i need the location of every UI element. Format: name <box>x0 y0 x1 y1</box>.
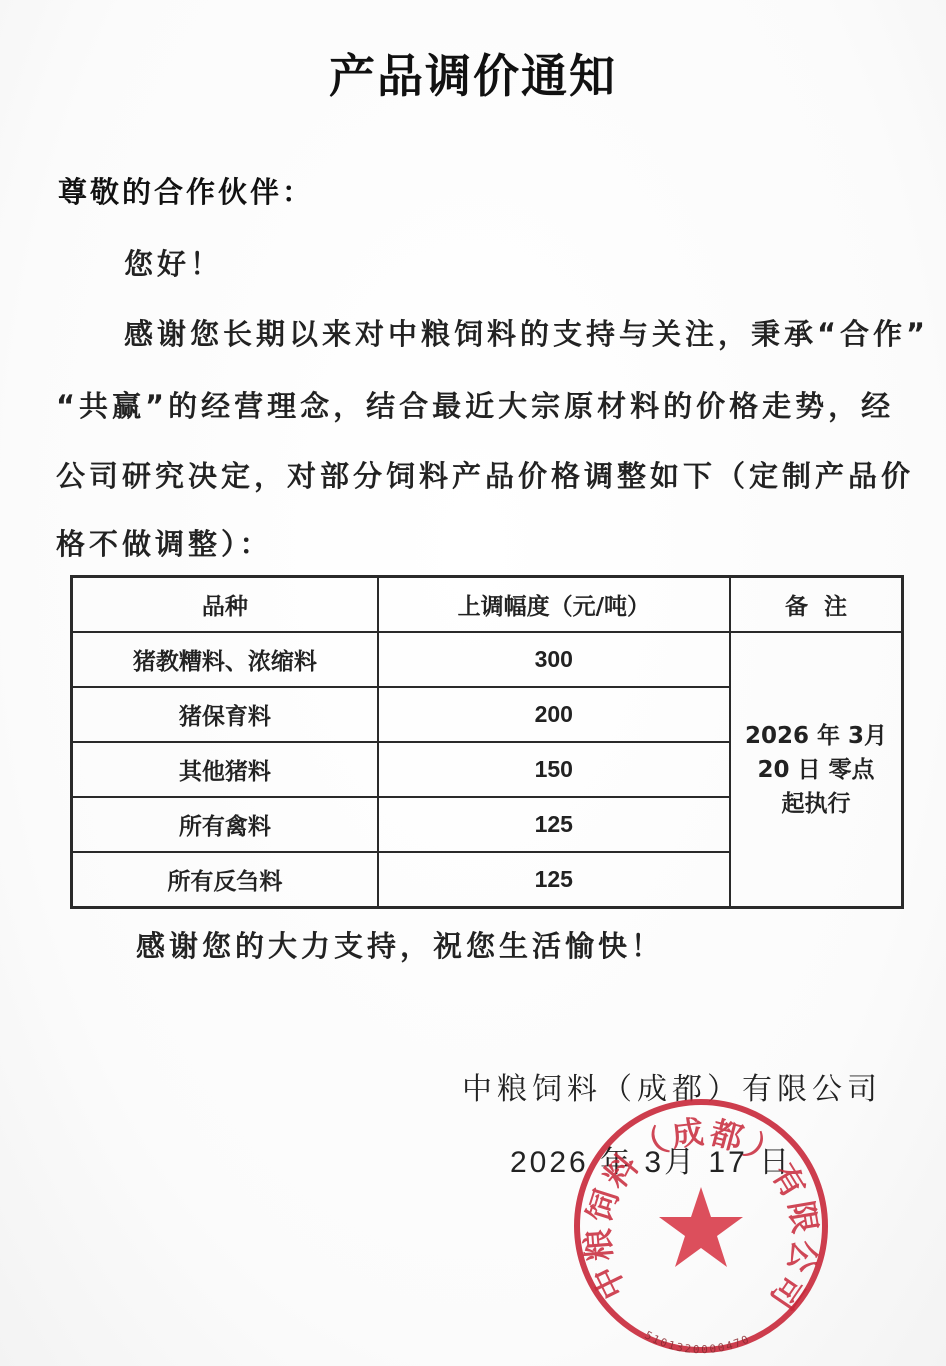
increase-cell: 300 <box>378 632 730 687</box>
table-header-row: 品种 上调幅度（元/吨） 备 注 <box>72 577 903 633</box>
company-seal-stamp: 中粮饲料（成都）有限公司 5101320000470 <box>570 1095 832 1357</box>
increase-cell: 125 <box>378 852 730 908</box>
product-cell: 所有反刍料 <box>72 852 378 908</box>
table-row: 猪教糟料、浓缩料 300 2026 年 3月 20 日 零点 起执行 <box>72 632 903 687</box>
remark-cell: 2026 年 3月 20 日 零点 起执行 <box>730 632 903 908</box>
issue-date: 2026 年 3月 17 日 <box>510 1137 792 1181</box>
star-icon <box>659 1187 743 1267</box>
product-cell: 猪保育料 <box>72 687 378 742</box>
remark-line-3: 起执行 <box>731 787 901 821</box>
body-line-4: 格不做调整）： <box>56 522 273 563</box>
body-line-1: 感谢您长期以来对中粮饲料的支持与关注，秉承“合作” <box>124 312 929 353</box>
remark-line-1: 2026 年 3月 <box>731 719 901 753</box>
svg-text:5101320000470: 5101320000470 <box>642 1329 752 1357</box>
header-remark: 备 注 <box>730 577 903 633</box>
header-product: 品种 <box>72 577 378 633</box>
product-cell: 所有禽料 <box>72 797 378 852</box>
increase-cell: 200 <box>378 687 730 742</box>
company-name: 中粮饲料（成都）有限公司 <box>462 1064 882 1108</box>
body-line-2: “共赢”的经营理念，结合最近大宗原材料的价格走势，经 <box>56 384 894 425</box>
body-line-3: 公司研究决定，对部分饲料产品价格调整如下（定制产品价 <box>56 454 914 495</box>
product-cell: 其他猪料 <box>72 742 378 797</box>
price-adjustment-table: 品种 上调幅度（元/吨） 备 注 猪教糟料、浓缩料 300 2026 年 3月 … <box>70 575 904 909</box>
document-page: 产品调价通知 尊敬的合作伙伴： 您好！ 感谢您长期以来对中粮饲料的支持与关注，秉… <box>0 0 946 1366</box>
seal-serial: 5101320000470 <box>642 1329 752 1357</box>
document-title: 产品调价通知 <box>0 40 946 106</box>
salutation: 尊敬的合作伙伴： <box>58 170 314 211</box>
increase-cell: 125 <box>378 797 730 852</box>
increase-cell: 150 <box>378 742 730 797</box>
closing-line: 感谢您的大力支持，祝您生活愉快！ <box>136 924 664 965</box>
greeting: 您好！ <box>124 242 223 283</box>
remark-line-2: 20 日 零点 <box>731 753 901 787</box>
product-cell: 猪教糟料、浓缩料 <box>72 632 378 687</box>
header-increase: 上调幅度（元/吨） <box>378 577 730 633</box>
